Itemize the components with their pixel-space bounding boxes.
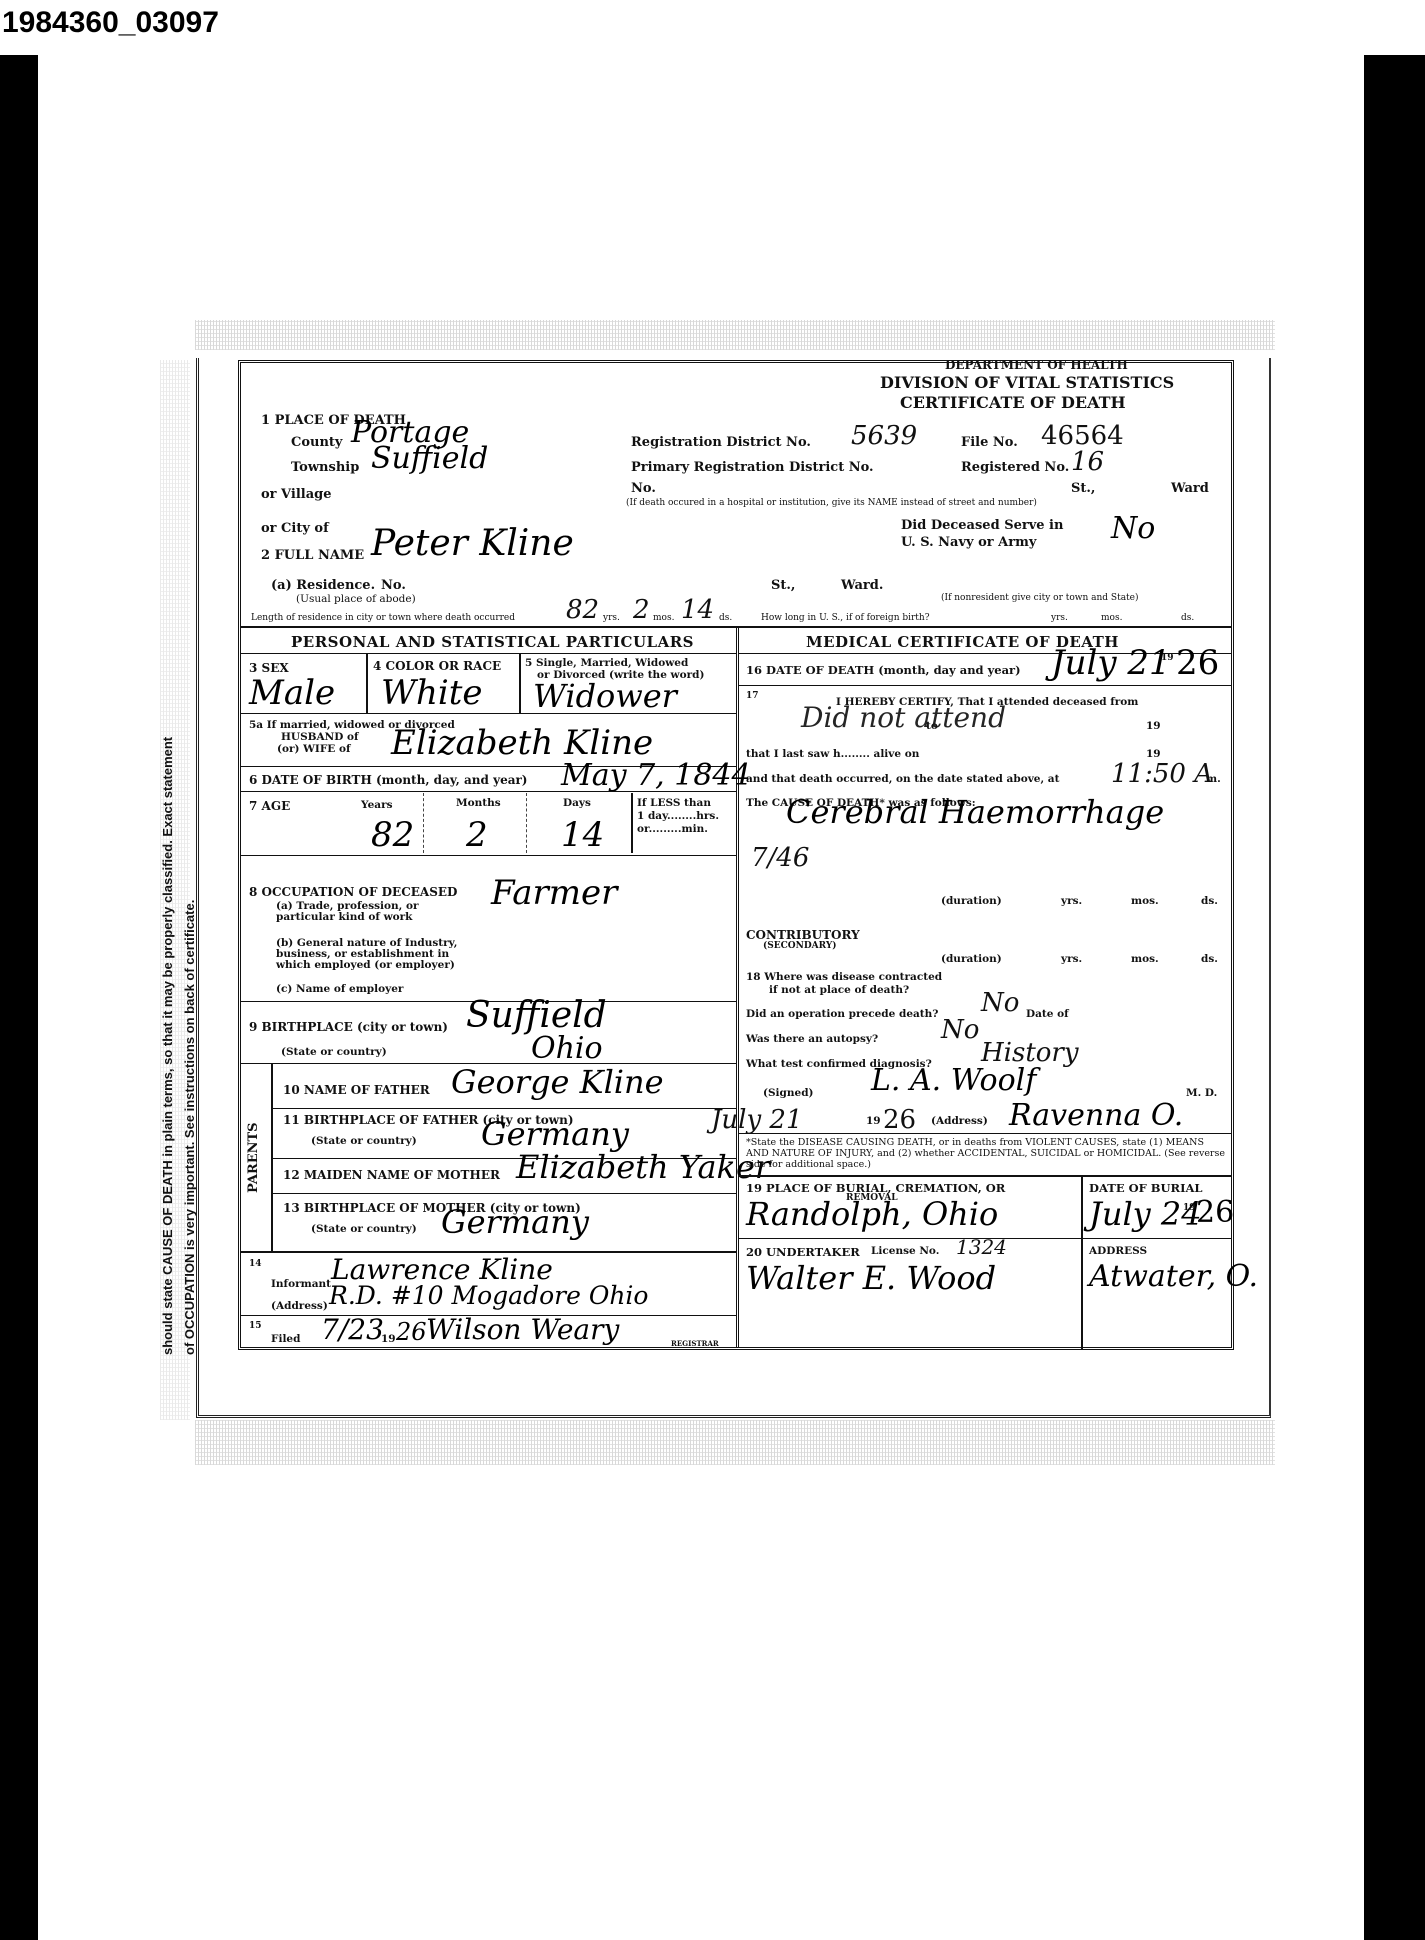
filed-date-value: 7/23: [321, 1313, 384, 1346]
signed-year: 26: [883, 1105, 916, 1135]
side-instruction-line1: should state CAUSE OF DEATH in plain ter…: [160, 737, 175, 1355]
contracted-label-1: 18 Where was disease contracted: [746, 971, 942, 983]
contributory-ds: ds.: [1201, 953, 1218, 965]
filed-year-value: 26: [396, 1318, 427, 1346]
us-mos-label: mos.: [1101, 613, 1122, 623]
age-days-value: 14: [561, 815, 604, 855]
less-label-3: or.........min.: [637, 823, 708, 835]
scan-border-right: [1364, 55, 1425, 1940]
certify-scrawl: Did not attend: [801, 701, 1006, 734]
registrar-label: REGISTRAR: [671, 1339, 719, 1348]
occupation-label: 8 OCCUPATION OF DECEASED: [249, 885, 457, 899]
md-label: M. D.: [1186, 1087, 1217, 1099]
item-17-number: 17: [746, 691, 759, 701]
duration-mos: mos.: [1131, 895, 1159, 907]
physician-address-value: Ravenna O.: [1009, 1098, 1183, 1133]
length-yrs-label: yrs.: [603, 613, 620, 623]
race-label: 4 COLOR OR RACE: [373, 659, 501, 673]
street-no-label: No.: [631, 481, 656, 496]
contributory-label: CONTRIBUTORY: [746, 928, 860, 942]
age-years-value: 82: [371, 815, 414, 855]
divider: [423, 793, 424, 853]
cause-of-death-value: Cerebral Haemorrhage: [786, 793, 1164, 831]
license-label: License No.: [871, 1245, 939, 1257]
us-yrs-label: yrs.: [1051, 613, 1068, 623]
informant-number: 14: [249, 1259, 262, 1269]
burial-year-prefix: 19: [1183, 1203, 1196, 1213]
filed-number: 15: [249, 1321, 262, 1331]
duration-label: (duration): [941, 895, 1002, 907]
age-label: 7 AGE: [249, 799, 290, 813]
secondary-label: (SECONDARY): [763, 941, 837, 951]
residence-st-label: St.,: [771, 578, 795, 593]
contracted-label-2: if not at place of death?: [769, 984, 909, 996]
mother-name-label: 12 MAIDEN NAME OF MOTHER: [283, 1168, 500, 1182]
mother-state-label: (State or country): [311, 1223, 417, 1235]
age-days-label: Days: [563, 797, 591, 809]
contributory-duration-label: (duration): [941, 953, 1002, 965]
divider: [738, 1175, 1231, 1177]
physician-address-label: (Address): [931, 1115, 988, 1127]
scan-noise-top: [195, 320, 1275, 350]
signed-label: (Signed): [763, 1087, 814, 1099]
registration-district-value: 5639: [851, 421, 917, 451]
ward-label: Ward: [1171, 481, 1209, 496]
informant-label: Informant: [271, 1278, 331, 1290]
race-value: White: [381, 673, 483, 713]
burial-year-value: 26: [1196, 1195, 1234, 1230]
divider: [271, 1193, 736, 1194]
informant-address-label: (Address): [271, 1300, 328, 1312]
length-years-value: 82: [566, 595, 599, 625]
divider: [1081, 1175, 1083, 1350]
document-id: 1984360_03097: [2, 6, 219, 40]
duration-yrs: yrs.: [1061, 895, 1082, 907]
divider: [241, 653, 736, 654]
less-label-2: 1 day........hrs.: [637, 810, 719, 822]
operation-value: No: [981, 988, 1019, 1018]
residence-no-label: No.: [381, 578, 406, 593]
father-name-label: 10 NAME OF FATHER: [283, 1083, 430, 1097]
father-name-value: George Kline: [451, 1063, 664, 1101]
attended-to-label: to: [926, 720, 938, 732]
village-label: or Village: [261, 487, 332, 502]
operation-date-label: Date of: [1026, 1008, 1069, 1020]
spouse-label-3: (or) WIFE of: [277, 743, 350, 755]
column-divider: [736, 628, 739, 1348]
length-months-value: 2: [633, 595, 650, 625]
divider: [526, 793, 527, 853]
divider: [241, 713, 736, 714]
operation-label: Did an operation precede death?: [746, 1008, 938, 1020]
date-of-death-value: July 21: [1051, 643, 1171, 683]
cause-extra-note: 7/46: [751, 843, 809, 873]
contributory-mos: mos.: [1131, 953, 1159, 965]
dob-value: May 7, 1844: [561, 758, 751, 793]
full-name-label: 2 FULL NAME: [261, 548, 364, 563]
file-no-label: File No.: [961, 435, 1018, 450]
physician-signature: L. A. Woolf: [871, 1063, 1036, 1098]
nonresident-note: (If nonresident give city or town and St…: [941, 593, 1139, 603]
residence-label: (a) Residence.: [271, 578, 375, 593]
sex-value: Male: [249, 673, 335, 713]
burial-date-value: July 24: [1089, 1195, 1202, 1233]
personal-section-title: PERSONAL AND STATISTICAL PARTICULARS: [291, 633, 694, 651]
city-label: or City of: [261, 521, 329, 536]
served-value: No: [1111, 511, 1155, 546]
dob-label: 6 DATE OF BIRTH (month, day, and year): [249, 773, 527, 787]
father-state-label: (State or country): [311, 1135, 417, 1147]
scan-border-left: [0, 55, 38, 1940]
length-mos-label: mos.: [653, 613, 674, 623]
divider: [271, 1108, 736, 1109]
scan-noise-bottom: [195, 1420, 1275, 1465]
employer-label: (c) Name of employer: [276, 983, 403, 995]
length-days-value: 14: [681, 595, 714, 625]
divider: [738, 1133, 1231, 1134]
divider: [519, 653, 521, 713]
age-months-label: Months: [456, 797, 501, 809]
divider: [738, 685, 1231, 686]
length-ds-label: ds.: [719, 613, 732, 623]
burial-place-value: Randolph, Ohio: [746, 1195, 998, 1233]
date-of-death-year-prefix: 19: [1161, 653, 1174, 663]
occupation-b-label-3: which employed (or employer): [276, 959, 455, 971]
county-label: County: [291, 435, 342, 450]
attended-year-label: 19: [1146, 720, 1161, 732]
served-label-2: U. S. Navy or Army: [901, 535, 1036, 550]
license-value: 1324: [956, 1235, 1007, 1259]
length-of-residence-label: Length of residence in city or town wher…: [251, 613, 515, 623]
filed-year-prefix: 19: [381, 1333, 396, 1345]
informant-address-value: R.D. #10 Mogadore Ohio: [329, 1281, 648, 1310]
primary-registration-label: Primary Registration District No.: [631, 460, 874, 475]
time-suffix: m.: [1206, 773, 1221, 785]
filed-label: Filed: [271, 1333, 300, 1345]
date-of-death-label: 16 DATE OF DEATH (month, day and year): [746, 663, 1021, 677]
date-of-death-year: 26: [1176, 643, 1219, 683]
undertaker-address-label: ADDRESS: [1089, 1245, 1147, 1257]
us-residence-label: How long in U. S., if of foreign birth?: [761, 613, 930, 623]
street-label: St.,: [1071, 481, 1095, 496]
cause-footnote: *State the DISEASE CAUSING DEATH, or in …: [746, 1137, 1226, 1170]
undertaker-address-value: Atwater, O.: [1089, 1259, 1258, 1294]
registrar-signature: Wilson Weary: [426, 1313, 619, 1346]
hospital-note: (If death occured in a hospital or insti…: [626, 498, 1037, 508]
occupation-value: Farmer: [491, 873, 617, 913]
registration-district-label: Registration District No.: [631, 435, 811, 450]
divider: [631, 793, 633, 853]
full-name-value: Peter Kline: [371, 523, 574, 564]
autopsy-value: No: [941, 1015, 979, 1045]
birthplace-label: 9 BIRTHPLACE (city or town): [249, 1020, 448, 1034]
burial-date-label: DATE OF BURIAL: [1089, 1181, 1202, 1195]
undertaker-label: 20 UNDERTAKER: [746, 1245, 860, 1259]
us-ds-label: ds.: [1181, 613, 1194, 623]
divider: [241, 791, 736, 792]
township-label: Township: [291, 460, 359, 475]
undertaker-value: Walter E. Wood: [746, 1259, 996, 1297]
spouse-value: Elizabeth Kline: [391, 723, 653, 763]
less-label-1: If LESS than: [637, 797, 711, 809]
side-instruction-line2: of OCCUPATION is very important. See ins…: [182, 900, 197, 1355]
death-occurred-label: and that death occurred, on the date sta…: [746, 773, 1059, 785]
contributory-yrs: yrs.: [1061, 953, 1082, 965]
age-years-label: Years: [361, 799, 393, 811]
birthplace-city-value: Suffield: [466, 995, 607, 1036]
registered-no-value: 16: [1071, 447, 1104, 477]
birthplace-state-label: (State or country): [281, 1046, 387, 1058]
divider: [241, 855, 736, 856]
certificate-form: 1 PLACE OF DEATH County Portage Township…: [238, 360, 1234, 1350]
parents-side-label: PARENTS: [246, 1122, 261, 1193]
spouse-label-2: HUSBAND of: [281, 731, 359, 743]
mother-name-value: Elizabeth Yaker: [516, 1148, 770, 1186]
marital-value: Widower: [533, 677, 677, 715]
marital-label-1: 5 Single, Married, Widowed: [525, 657, 688, 669]
usual-abode-note: (Usual place of abode): [296, 593, 416, 605]
signed-year-prefix: 19: [866, 1115, 881, 1127]
divider: [366, 653, 368, 713]
registered-no-label: Registered No.: [961, 460, 1069, 475]
mother-birthplace-value: Germany: [441, 1203, 589, 1241]
age-months-value: 2: [466, 815, 488, 855]
birthplace-state-value: Ohio: [531, 1031, 603, 1066]
township-value: Suffield: [371, 441, 488, 476]
signed-date-value: July 21: [711, 1105, 803, 1135]
autopsy-label: Was there an autopsy?: [746, 1033, 878, 1045]
side-instructions: should state CAUSE OF DEATH in plain ter…: [160, 400, 220, 1360]
last-saw-label: that I last saw h........ alive on: [746, 748, 919, 760]
duration-ds: ds.: [1201, 895, 1218, 907]
residence-ward-label: Ward.: [841, 578, 883, 593]
served-label-1: Did Deceased Serve in: [901, 518, 1063, 533]
occupation-a-label-2: particular kind of work: [276, 911, 412, 923]
time-of-death-value: 11:50 A: [1111, 759, 1213, 789]
